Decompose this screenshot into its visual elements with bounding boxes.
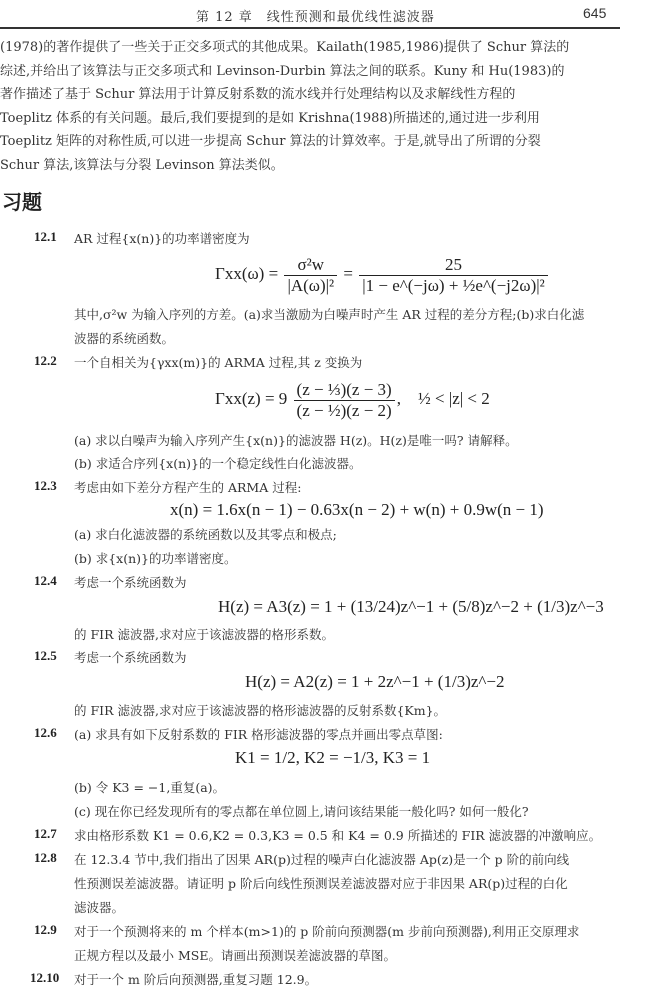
problem-number: 12.9 <box>34 922 57 938</box>
fraction: (z − ⅓)(z − 3) (z − ½)(z − 2) <box>294 380 395 420</box>
problem-text: 对于一个 m 阶后向预测器,重复习题 12.9。 <box>74 970 317 988</box>
equation-12-6: K1 = 1/2, K2 = −1/3, K3 = 1 <box>235 748 430 768</box>
problem-number: 12.8 <box>34 850 57 866</box>
problem-text: AR 过程{x(n)}的功率谱密度为 <box>74 229 250 247</box>
fraction: 25 |1 − e^(−jω) + ½e^(−j2ω)|² <box>359 255 548 295</box>
problem-number: 12.6 <box>34 725 57 741</box>
problem-number: 12.2 <box>34 353 57 369</box>
fraction: σ²w |A(ω)|² <box>284 255 337 295</box>
problem-text: 考虑一个系统函数为 <box>74 648 187 666</box>
equation-12-1: Γxx(ω) = σ²w |A(ω)|² = 25 |1 − e^(−jω) +… <box>215 255 550 295</box>
intro-line: 著作描述了基于 Schur 算法用于计算反射系数的流水线并行处理结构以及求解线性… <box>0 83 640 107</box>
problem-text: 波器的系统函数。 <box>74 329 174 347</box>
equation-12-3: x(n) = 1.6x(n − 1) − 0.63x(n − 2) + w(n)… <box>170 500 544 520</box>
problem-text: (a) 求以白噪声为输入序列产生{x(n)}的滤波器 H(z)。H(z)是唯一吗… <box>74 431 518 449</box>
problem-text: (b) 求{x(n)}的功率谱密度。 <box>74 549 237 567</box>
intro-paragraph: (1978)的著作提供了一些关于正交多项式的其他成果。Kailath(1985,… <box>0 36 640 177</box>
problem-number: 12.5 <box>34 648 57 664</box>
eq-lhs: Γxx(ω) = <box>215 264 278 283</box>
equation-12-2: Γxx(z) = 9 (z − ⅓)(z − 3) (z − ½)(z − 2)… <box>215 380 490 420</box>
problem-text: 性预测误差滤波器。请证明 p 阶后向线性预测误差滤波器对应于非因果 AR(p)过… <box>74 874 568 892</box>
section-title-exercises: 习题 <box>2 186 42 215</box>
problem-text: (b) 求适合序列{x(n)}的一个稳定线性白化滤波器。 <box>74 454 362 472</box>
problem-number: 12.7 <box>34 826 57 842</box>
intro-line: Toeplitz 矩阵的对称性质,可以进一步提高 Schur 算法的计算效率。于… <box>0 130 640 154</box>
intro-line: (1978)的著作提供了一些关于正交多项式的其他成果。Kailath(1985,… <box>0 36 640 60</box>
problem-text: 求由格形系数 K1 = 0.6,K2 = 0.3,K3 = 0.5 和 K4 =… <box>74 826 601 844</box>
intro-line: 综述,并给出了该算法与正交多项式和 Levinson-Durbin 算法之间的联… <box>0 60 640 84</box>
problem-text: (c) 现在你已经发现所有的零点都在单位圆上,请问该结果能一般化吗? 如何一般化… <box>74 802 529 820</box>
page-header: 第 12 章 线性预测和最优线性滤波器 645 <box>0 0 620 29</box>
problem-text: (a) 求具有如下反射系数的 FIR 格形滤波器的零点并画出零点草图: <box>74 725 443 743</box>
problem-number: 12.3 <box>34 478 57 494</box>
convergence-region: ½ < |z| < 2 <box>418 389 490 408</box>
problem-text: 正规方程以及最小 MSE。请画出预测误差滤波器的草图。 <box>74 946 396 964</box>
problem-number: 12.10 <box>30 970 59 986</box>
problem-text: (b) 令 K3 = −1,重复(a)。 <box>74 778 225 796</box>
equation-12-4: H(z) = A3(z) = 1 + (13/24)z^−1 + (5/8)z^… <box>218 597 604 617</box>
problem-text: 一个自相关为{γxx(m)}的 ARMA 过程,其 z 变换为 <box>74 353 362 371</box>
problem-number: 12.1 <box>34 229 57 245</box>
problem-text: 其中,σ²w 为输入序列的方差。(a)求当激励为白噪声时产生 AR 过程的差分方… <box>74 305 584 323</box>
problem-text: 考虑一个系统函数为 <box>74 573 187 591</box>
problem-text: 在 12.3.4 节中,我们指出了因果 AR(p)过程的噪声白化滤波器 Ap(z… <box>74 850 569 868</box>
problem-text: (a) 求白化滤波器的系统函数以及其零点和极点; <box>74 525 337 543</box>
problem-text: 对于一个预测将来的 m 个样本(m>1)的 p 阶前向预测器(m 步前向预测器)… <box>74 922 579 940</box>
equation-12-5: H(z) = A2(z) = 1 + 2z^−1 + (1/3)z^−2 <box>245 672 504 692</box>
problem-text: 的 FIR 滤波器,求对应于该滤波器的格形系数。 <box>74 625 334 643</box>
problem-number: 12.4 <box>34 573 57 589</box>
chapter-title: 第 12 章 线性预测和最优线性滤波器 <box>196 6 435 25</box>
problem-text: 的 FIR 滤波器,求对应于该滤波器的格形滤波器的反射系数{Km}。 <box>74 701 446 719</box>
intro-line: Schur 算法,该算法与分裂 Levinson 算法类似。 <box>0 154 640 178</box>
problem-text: 滤波器。 <box>74 898 124 916</box>
intro-line: Toeplitz 体系的有关问题。最后,我们要提到的是如 Krishna(198… <box>0 107 640 131</box>
page-number: 645 <box>583 5 606 21</box>
problem-text: 考虑由如下差分方程产生的 ARMA 过程: <box>74 478 301 496</box>
